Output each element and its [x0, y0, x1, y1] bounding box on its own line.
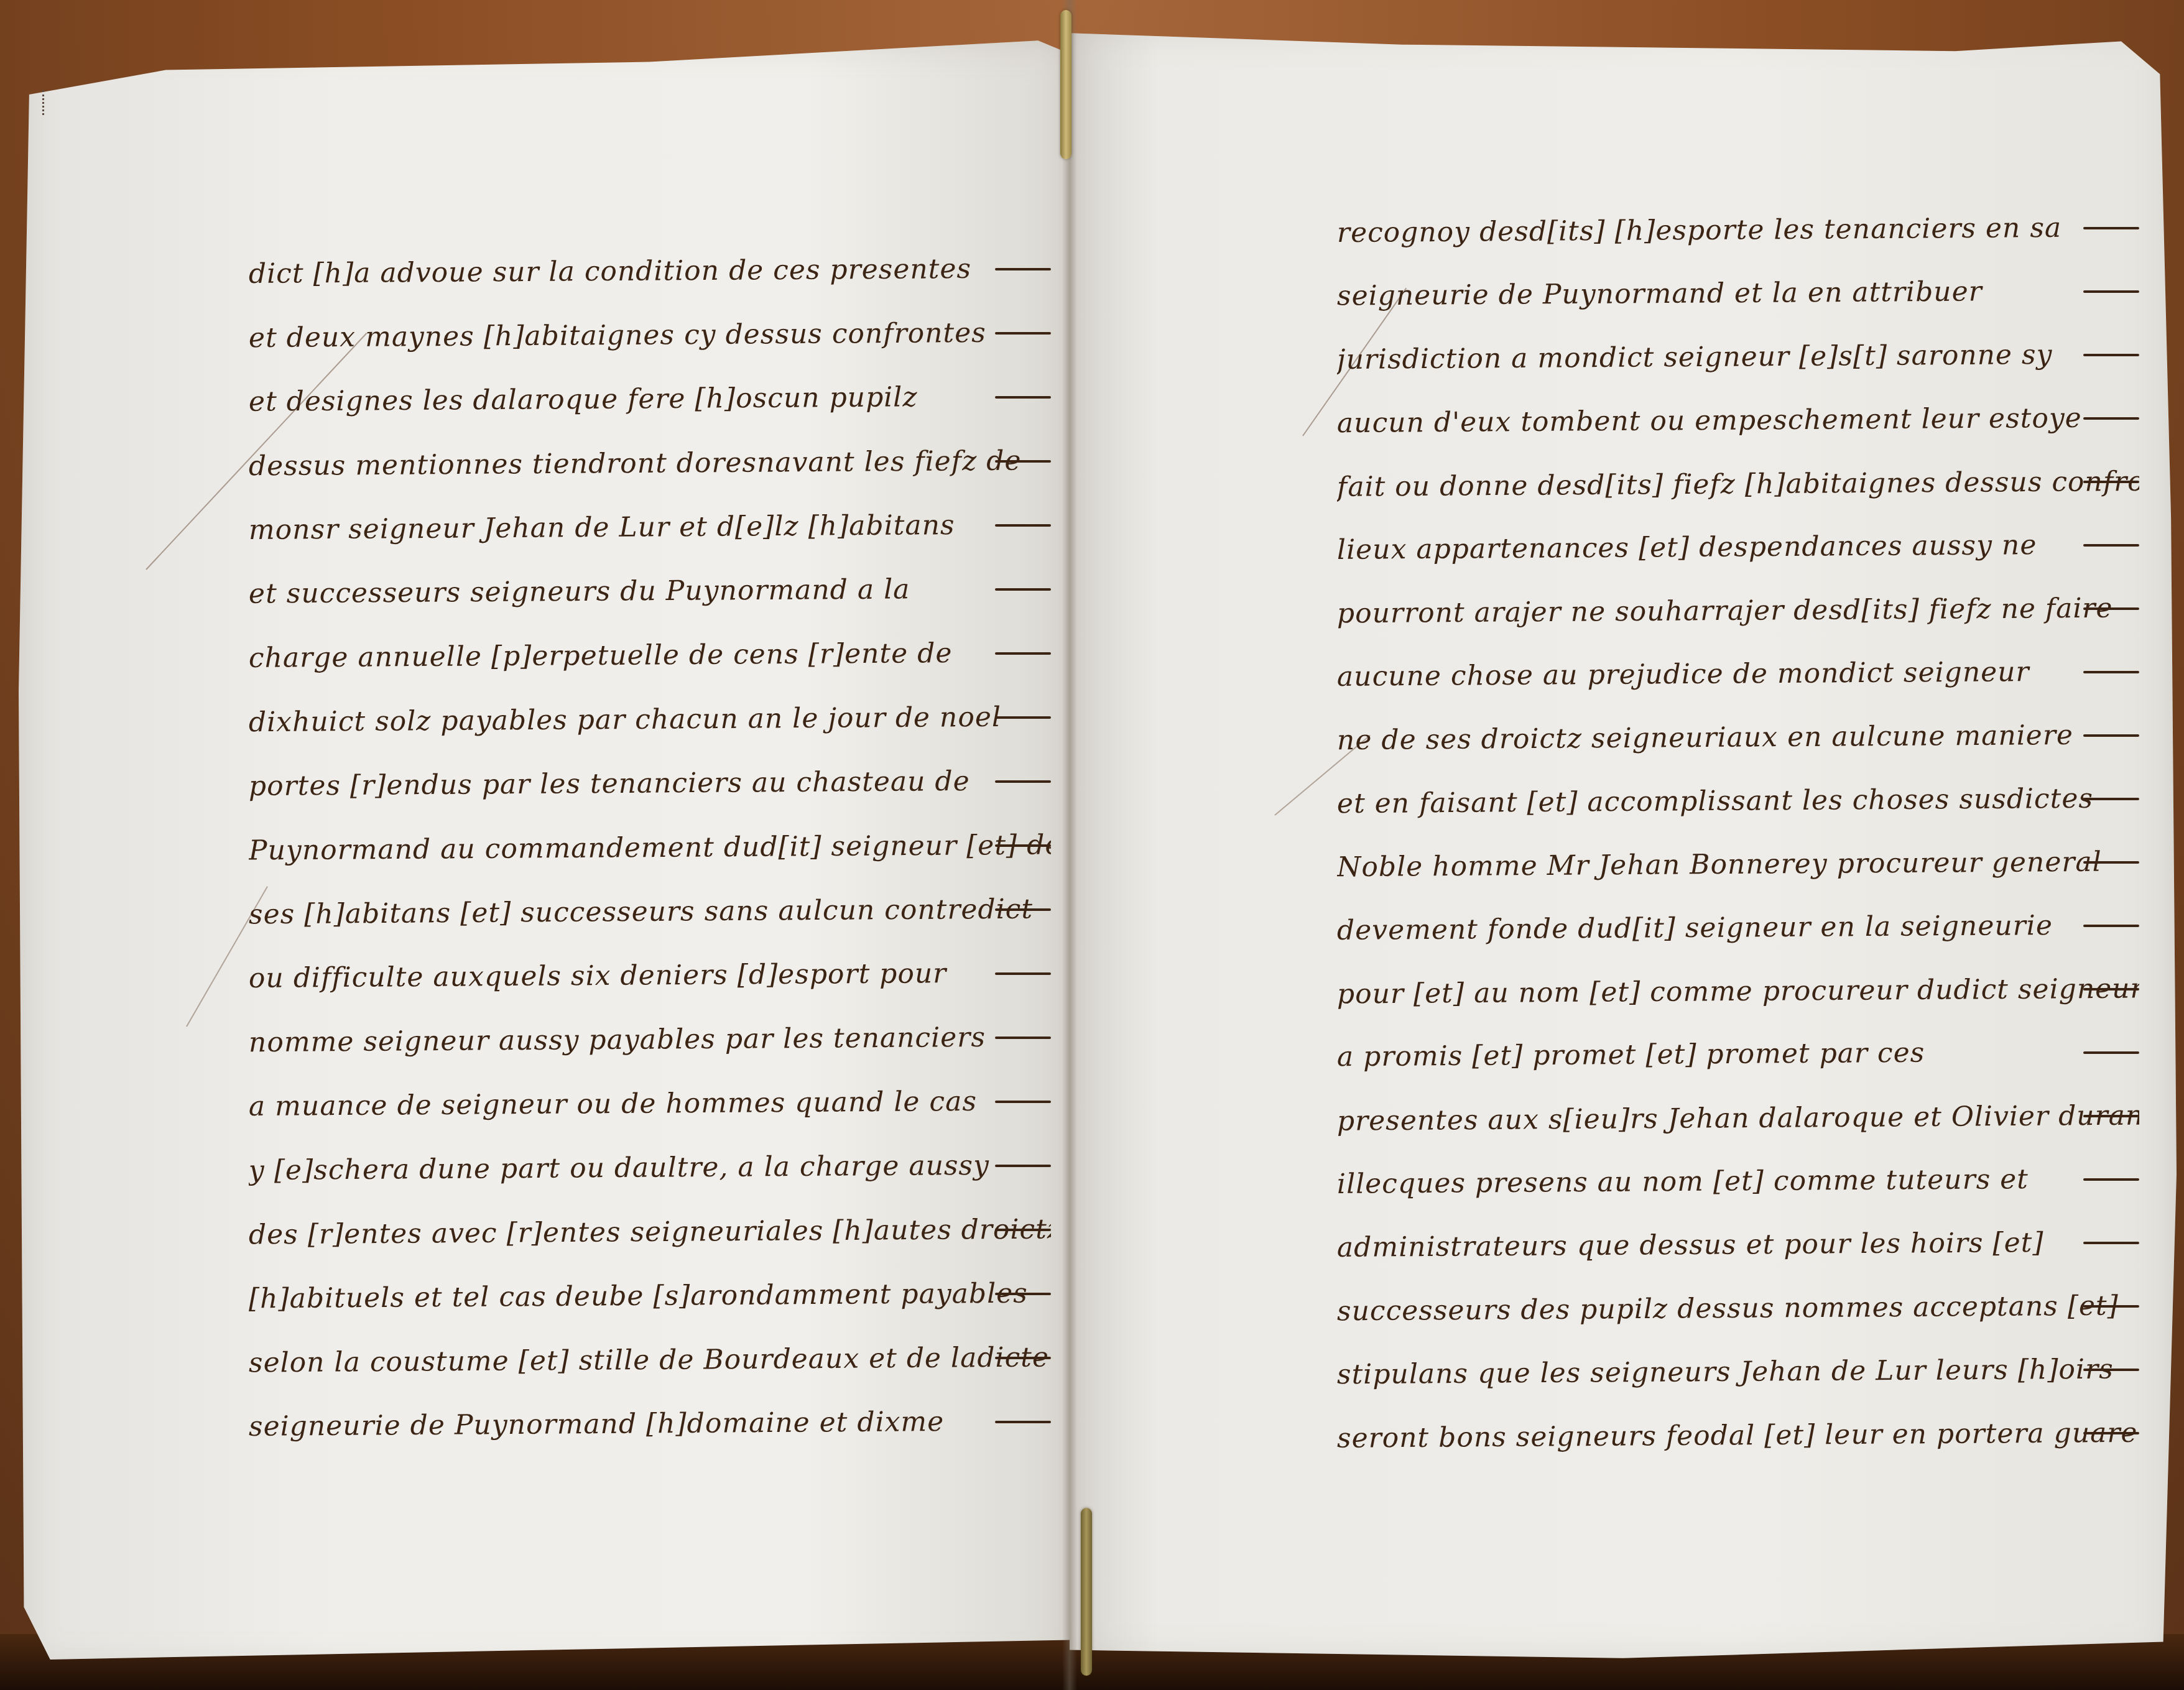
line-filler-stroke: [2083, 925, 2139, 927]
line-filler-stroke: [2083, 417, 2139, 420]
manuscript-line: presentes aux s[ieu]rs Jehan dalaroque e…: [1337, 1087, 2139, 1150]
manuscript-line: ne de ses droictz seigneuriaux en aulcun…: [1337, 706, 2139, 770]
line-filler-stroke: [2083, 988, 2139, 990]
manuscript-line: seigneurie de Puynormand et la en attrib…: [1337, 262, 2139, 326]
folio-mark: [42, 90, 50, 115]
line-filler-stroke: [2083, 1369, 2139, 1371]
manuscript-line: a muance de seigneur ou de hommes quand …: [249, 1072, 1051, 1136]
line-filler-stroke: [2083, 607, 2139, 610]
manuscript-line: dessus mentionnes tiendront doresnavant …: [249, 432, 1051, 496]
right-page-text: recognoy desd[its] [h]esporte les tenanc…: [1337, 199, 2139, 1467]
manuscript-line: dixhuict solz payables par chacun an le …: [249, 688, 1051, 752]
manuscript-line: et deux maynes [h]abitaignes cy dessus c…: [249, 303, 1051, 367]
line-filler-stroke: [2083, 1432, 2139, 1434]
manuscript-line: fait ou donne desd[its] fiefz [h]abitaig…: [1337, 453, 2139, 516]
line-filler-stroke: [2083, 671, 2139, 673]
manuscript-line: devement fonde dud[it] seigneur en la se…: [1337, 897, 2139, 960]
manuscript-line: nomme seigneur aussy payables par les te…: [249, 1008, 1051, 1072]
manuscript-line: a promis [et] promet [et] promet par ces: [1337, 1023, 2139, 1087]
manuscript-line: aucune chose au prejudice de mondict sei…: [1337, 643, 2139, 706]
line-filler-stroke: [995, 1229, 1051, 1231]
manuscript-line: pour [et] au nom [et] comme procureur du…: [1337, 960, 2139, 1023]
line-filler-stroke: [2083, 1115, 2139, 1117]
line-filler-stroke: [2083, 1051, 2139, 1054]
manuscript-line: stipulans que les seigneurs Jehan de Lur…: [1337, 1341, 2139, 1404]
manuscript-line: lieux appartenances [et] despendances au…: [1337, 516, 2139, 579]
binding-thread-top: [1060, 10, 1071, 159]
line-filler-stroke: [995, 524, 1051, 527]
line-filler-stroke: [2083, 354, 2139, 356]
line-filler-stroke: [995, 460, 1051, 463]
manuscript-line: portes [r]endus par les tenanciers au ch…: [249, 752, 1051, 816]
line-filler-stroke: [2083, 1305, 2139, 1308]
line-filler-stroke: [2083, 1242, 2139, 1244]
manuscript-line: seront bons seigneurs feodal [et] leur e…: [1337, 1404, 2139, 1467]
manuscript-line: jurisdiction a mondict seigneur [e]s[t] …: [1337, 326, 2139, 389]
line-filler-stroke: [995, 1165, 1051, 1167]
manuscript-line: des [r]entes avec [r]entes seigneuriales…: [249, 1200, 1051, 1264]
line-filler-stroke: [995, 268, 1051, 270]
manuscript-line: dict [h]a advoue sur la condition de ces…: [249, 239, 1051, 303]
manuscript-line: et designes les dalaroque fere [h]oscun …: [249, 367, 1051, 432]
manuscript-line: seigneurie de Puynormand [h]domaine et d…: [249, 1392, 1051, 1456]
manuscript-line: Puynormand au commandement dud[it] seign…: [249, 816, 1051, 880]
manuscript-line: pourront arajer ne souharrajer desd[its]…: [1337, 579, 2139, 643]
manuscript-line: aucun d'eux tombent ou empeschement leur…: [1337, 389, 2139, 453]
manuscript-line: illecques presens au nom [et] comme tute…: [1337, 1150, 2139, 1214]
manuscript-line: Noble homme Mr Jehan Bonnerey procureur …: [1337, 833, 2139, 897]
line-filler-stroke: [995, 908, 1051, 911]
line-filler-stroke: [995, 780, 1051, 783]
line-filler-stroke: [2083, 481, 2139, 483]
left-page-text: dict [h]a advoue sur la condition de ces…: [249, 239, 1051, 1456]
line-filler-stroke: [995, 844, 1051, 847]
line-filler-stroke: [995, 972, 1051, 975]
line-filler-stroke: [995, 1037, 1051, 1039]
binding-thread-bottom: [1081, 1508, 1092, 1676]
manuscript-line: et successeurs seigneurs du Puynormand a…: [249, 560, 1051, 624]
manuscript-line: charge annuelle [p]erpetuelle de cens [r…: [249, 624, 1051, 688]
manuscript-line: y [e]schera dune part ou daultre, a la c…: [249, 1136, 1051, 1200]
manuscript-line: selon la coustume [et] stille de Bourdea…: [249, 1328, 1051, 1392]
manuscript-line: recognoy desd[its] [h]esporte les tenanc…: [1337, 199, 2139, 262]
manuscript-line: ou difficulte auxquels six deniers [d]es…: [249, 944, 1051, 1008]
line-filler-stroke: [2083, 544, 2139, 547]
manuscript-line: ses [h]abitans [et] successeurs sans aul…: [249, 880, 1051, 944]
line-filler-stroke: [995, 1357, 1051, 1359]
line-filler-stroke: [2083, 861, 2139, 864]
line-filler-stroke: [995, 1421, 1051, 1423]
line-filler-stroke: [995, 652, 1051, 655]
line-filler-stroke: [2083, 798, 2139, 800]
manuscript-line: administrateurs que dessus et pour les h…: [1337, 1214, 2139, 1277]
line-filler-stroke: [995, 396, 1051, 399]
line-filler-stroke: [2083, 290, 2139, 293]
manuscript-line: successeurs des pupilz dessus nommes acc…: [1337, 1277, 2139, 1341]
line-filler-stroke: [995, 332, 1051, 335]
line-filler-stroke: [995, 588, 1051, 591]
line-filler-stroke: [2083, 734, 2139, 737]
line-filler-stroke: [995, 1101, 1051, 1103]
line-filler-stroke: [995, 716, 1051, 719]
line-filler-stroke: [2083, 1178, 2139, 1181]
manuscript-line: [h]abituels et tel cas deube [s]arondamm…: [249, 1264, 1051, 1328]
center-fold: [1062, 0, 1077, 1690]
manuscript-line: monsr seigneur Jehan de Lur et d[e]lz [h…: [249, 496, 1051, 560]
line-filler-stroke: [995, 1293, 1051, 1295]
manuscript-line: et en faisant [et] accomplissant les cho…: [1337, 770, 2139, 833]
line-filler-stroke: [2083, 227, 2139, 229]
